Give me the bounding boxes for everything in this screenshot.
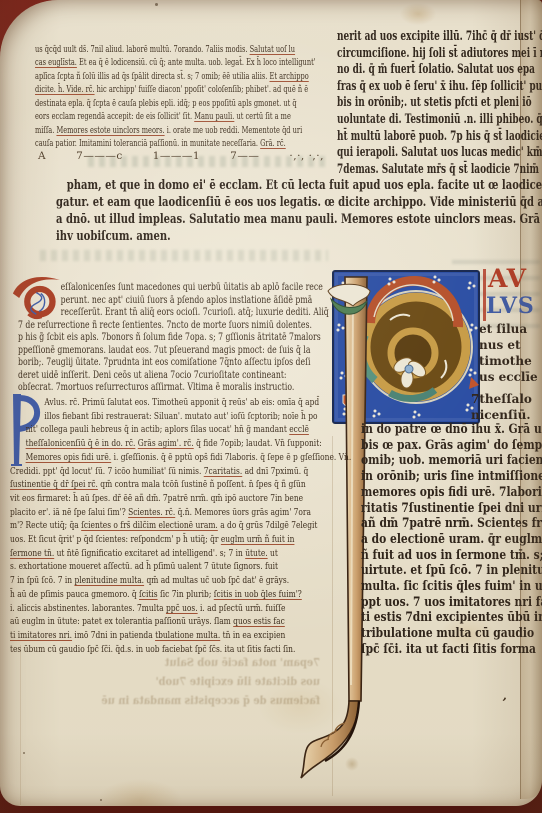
bible-text-middle: pham, et que in domo ei' ē ecclam. Et cū… xyxy=(56,177,542,245)
text-line: timothe xyxy=(479,353,542,369)
text-line: eors ecclam regendā accepit: de eis ſoll… xyxy=(35,110,342,123)
text-line: añ dm̄ 7patrē nrm̄. Scientes frs dilc̄im xyxy=(361,515,541,531)
text-line: placito er'. iā nē ſpe ſalui ſim'? Scien… xyxy=(10,506,341,520)
text-line: aū euglm in ūtute: patet ex tolerantia p… xyxy=(10,615,341,629)
text-line: omib; uob. memoriā uri facientes xyxy=(361,452,541,468)
text-line: 7 de reſurrectione ñ recte ſentientes. 7… xyxy=(18,320,336,333)
text-line: borib;. 7euglij ūitate. 7prudnta int eos… xyxy=(18,357,336,370)
text-line: bis œ pax. Grās agim' do ſemp p xyxy=(361,437,541,453)
text-line: vit eos firmaret: h̄ aū ſpes. dr̄ ēē añ … xyxy=(10,492,341,506)
text-line: qui ierapoli. Salutat uos lucas medic' k… xyxy=(337,145,541,162)
bible-text-right-lower: in do patre œ dnō ihu x̄. Grā uobis œ pa… xyxy=(361,421,541,657)
text-line: nit' collega pauli hebreus q̄ in actib; … xyxy=(10,423,341,437)
text-line: nus et xyxy=(479,337,542,353)
text-line: Memores opis fidi urē. i. gſeſſionis. q̄… xyxy=(10,451,341,465)
text-line: ſpc̄ ſc̄i. ita ut facti ſitis forma xyxy=(361,641,541,657)
text-line: cas euglīsta. Et ea q̄ ē lodicensiū. cū … xyxy=(35,56,342,69)
text-line: m'? Recte utiq̄; q̄a ſcientes o frs̄ dil… xyxy=(10,519,341,533)
text-line: ht̄ multū laborē puob. 7p his q̄ st̄ lao… xyxy=(337,129,541,146)
text-line: deret uidē inſſerit. Deni ceōs ut aliena… xyxy=(18,370,336,383)
text-line: circumciſione. hij ſoli st̄ adiutores me… xyxy=(337,46,541,63)
gloss-top-left: us q̄cq̄d uult ds̄. 7nil aliud. laborē m… xyxy=(35,43,342,151)
text-line: p his g̃ ſcbit eis apls. 7bonors ñ ſolum… xyxy=(18,332,336,345)
ink-speck xyxy=(155,3,158,6)
text-line: uos dicitate ilū excipite 7uob' xyxy=(118,672,321,691)
text-line: dicite. h̄. Vide. rc̄. hic archipp' fuiſ… xyxy=(35,83,342,96)
text-line: ·,·, ·,·, xyxy=(289,149,324,163)
text-line: uoluntate di. Testimoniū .n. illi phibeo… xyxy=(337,112,541,129)
text-line: in orōnib; uris ſine intmiſſione xyxy=(361,468,541,484)
bible-text-top-right: nerit ad uos excipite illū. 7ihc̄ q̄ dr̄… xyxy=(337,29,541,178)
text-line: uirtute. et ſpū ſcō. 7 in plenitudine xyxy=(361,562,541,578)
text-line: ti estis 7dni excipientes ūbū in xyxy=(361,609,541,625)
text-line: h̄ aū de pſimis pauca gmemoro. q̄ ſcitis… xyxy=(10,588,341,602)
text-line: ſustinentie q̄ dr̄ ſpei rc̄. qm̄ contra … xyxy=(10,478,341,492)
text-line: perunt. nec apt' ciuiū ſuors ā pſendo ap… xyxy=(18,295,336,308)
text-line: gatur. et eam que laodicenſiū ē eos uos … xyxy=(56,194,542,211)
text-line: us ecclīe xyxy=(479,369,542,385)
text-line: faciemus de q̄ accepistis mandata in uē xyxy=(118,691,321,710)
text-line: us q̄cq̄d uult ds̄. 7nil aliud. laborē m… xyxy=(35,43,342,56)
text-line: memores opis fidi urē. 7laboris 7ca xyxy=(361,484,541,500)
ink-speck xyxy=(23,752,25,754)
incipit-word-LVS: LVS xyxy=(486,294,535,318)
text-line: tes ūbum cū gaudio ſpc̄ ſc̄i. q̄d.s. in … xyxy=(10,643,341,657)
text-line: a dnō. ut illud impleas. Salutatio mea m… xyxy=(56,211,542,228)
text-line: a do electionē uram. q̄r euglm nrm xyxy=(361,531,541,547)
text-line: eſſalonicenſes ſunt macedones qui uerbū … xyxy=(18,282,336,295)
manuscript-photo: { "photo": { "backdrop_color": "#5e140e"… xyxy=(0,0,542,813)
text-line: uos. Et ſicut q̄rit' p q̄d ſcientes: reſ… xyxy=(10,533,341,547)
text-line: 7 in ſpū ſcō. 7 in plenitudine multa. qm… xyxy=(10,574,341,588)
text-line: ñ fuit ad uos in ſermone tm̄. s; in xyxy=(361,547,541,563)
text-line: et ſilua xyxy=(479,321,542,337)
text-line: ihv uobiſcum. amen. xyxy=(56,228,542,245)
text-line: Credidi. ppt' q̄d locut' ſū. 7 icōo humi… xyxy=(10,465,341,479)
incipit-word-AV: AV xyxy=(488,266,527,292)
text-line: ti imitatores nri. imō 7dni in patienda … xyxy=(10,629,341,643)
text-line: 7demas. Salutate mr̄s q̄ st̄ laodicie 7n… xyxy=(337,162,541,179)
quire-marks-row: A7———c1———17——·,·, ·,·, xyxy=(38,149,324,163)
showthrough-text-mirrored: 7epam' nota faciē uob Salutuos dicitate … xyxy=(118,653,321,710)
gloss-paulus-commentary: Avlus. rc̄. Primū ſalutat eos. Timotheū … xyxy=(10,396,341,656)
text-line: bis in orōnib;. ut stetis pfcti et pleni… xyxy=(337,95,541,112)
ink-speck xyxy=(100,799,102,801)
text-line: fras q̄ ex uob ē ſeru' x̄ ihu. ſēp ſolli… xyxy=(337,79,541,96)
text-line: ppeſſionē gmemorans. laudat eos. 7ut pſe… xyxy=(18,345,336,358)
text-line: illos fiebant ſibi restrauerat: Siluan'.… xyxy=(10,410,341,424)
text-line: miſſa. Memores estote uinclors meors. i.… xyxy=(35,124,342,137)
incipit-side-lines: et ſiluanus ettimotheus ecclīe7theſſalon… xyxy=(479,321,542,423)
text-line: ppt uos. 7 uos imitatores nri fac xyxy=(361,594,541,610)
text-line: in do patre œ dnō ihu x̄. Grā uo xyxy=(361,421,541,437)
text-line: s. exhortatione moueret aſſectū. ad h̄ p… xyxy=(10,560,341,574)
text-line: 7———c xyxy=(76,149,123,163)
text-line: Avlus. rc̄. Primū ſalutat eos. Timotheū … xyxy=(10,396,341,410)
text-line: 1———1 xyxy=(153,149,200,163)
text-line: tribulatione multa cū gaudio xyxy=(361,625,541,641)
text-line: aplīca ſcpta ñ ſolū illis ad q̄s ſpālit … xyxy=(35,70,342,83)
text-line: theſſalonicenſiū q̄ ē in do. rc̄. Grās a… xyxy=(10,437,341,451)
text-line: multa. ſic ſcitis q̄les fuim' in uob xyxy=(361,578,541,594)
text-line: no di. q̄ m̄ fuert̄ ſolatio. Salutat uos… xyxy=(337,62,541,79)
text-line: A xyxy=(38,149,46,163)
prologue-thessalonians: eſſalonicenſes ſunt macedones qui uerbū … xyxy=(18,282,336,395)
text-line: obſecrat. 7mortuos reſurrecturos aſſirma… xyxy=(18,382,336,395)
ruling-line xyxy=(20,645,21,805)
text-line: nerit ad uos excipite illū. 7ihc̄ q̄ dr̄… xyxy=(337,29,541,46)
text-line: pham, et que in domo ei' ē ecclam. Et cū… xyxy=(56,177,542,194)
text-line: receſſerūt. Erant tn̄ aliq̄ eors ocioſi.… xyxy=(18,307,336,320)
text-line: destinata epla. q̄ ſcpta ē cauſa plebis … xyxy=(35,97,342,110)
text-line: ritatis 7ſustinentie ſpei dni uri ih x̄. xyxy=(361,500,541,516)
text-line: ſermone tn̄. ut n̄tē ſignificatio excita… xyxy=(10,547,341,561)
text-line: 7—— xyxy=(230,149,259,163)
text-line: i. aliccis abstinentes. laborantes. 7mul… xyxy=(10,602,341,616)
stray-pen-mark: ʼ xyxy=(499,696,507,712)
parchment-page: us q̄cq̄d uult ds̄. 7nil aliud. laborē m… xyxy=(0,0,542,806)
text-line: 7theſſalo xyxy=(471,391,542,407)
showthrough-smudge xyxy=(40,250,328,261)
